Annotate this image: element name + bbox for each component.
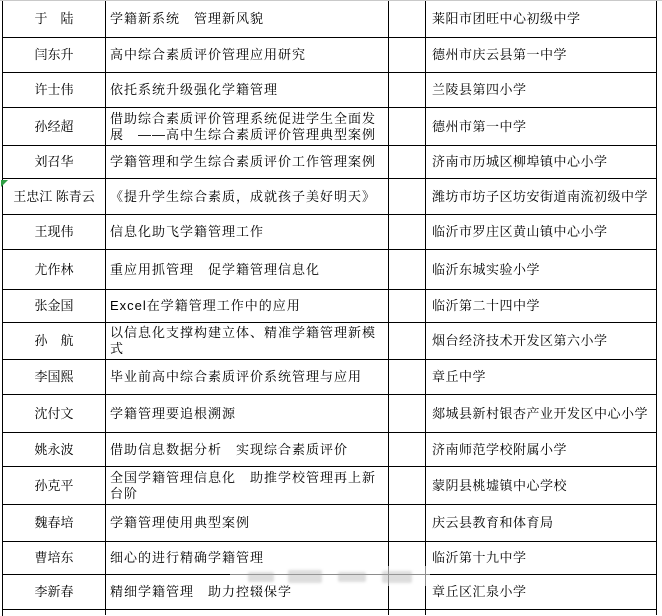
empty-cell[interactable] <box>389 179 426 215</box>
empty-cell[interactable] <box>389 433 426 467</box>
empty-cell[interactable] <box>389 395 426 433</box>
school-cell[interactable]: 章丘区汇泉小学 <box>426 575 657 610</box>
school-cell[interactable]: 德州市庆云县第一中学 <box>426 38 657 73</box>
school-cell[interactable]: 临沂市罗庄区黄山镇中心小学 <box>426 215 657 250</box>
title-cell[interactable]: 以信息化支撑构建立体、精准学籍管理新模式 <box>106 323 389 360</box>
watermark-smudge <box>248 572 274 582</box>
name-cell[interactable]: 姚永波 <box>3 433 106 467</box>
results-table: 于 陆 学籍新系统 管理新风貌 莱阳市团旺中心初级中学 闫东升 高中综合素质评价… <box>2 0 657 616</box>
school-cell[interactable]: 临沂第十九中学 <box>426 542 657 575</box>
empty-cell[interactable] <box>389 215 426 250</box>
school-cell[interactable]: 潍坊市坊子区坊安街道南流初级中学 <box>426 179 657 215</box>
title-cell[interactable]: 《提升学生综合素质，成就孩子美好明天》 <box>106 179 389 215</box>
title-cell[interactable]: 借助信息数据分析 实现综合素质评价 <box>106 433 389 467</box>
empty-cell[interactable] <box>389 73 426 108</box>
empty-cell[interactable] <box>389 360 426 395</box>
name-cell[interactable]: 孙经超 <box>3 108 106 146</box>
name-cell[interactable]: 张金国 <box>3 290 106 323</box>
school-cell[interactable]: 蒙阴县桃墟镇中心学校 <box>426 467 657 505</box>
name-cell[interactable]: 沈付文 <box>3 395 106 433</box>
school-cell[interactable]: 兰陵县第四小学 <box>426 73 657 108</box>
name-cell[interactable]: 孙 航 <box>3 323 106 360</box>
empty-cell[interactable] <box>389 146 426 179</box>
name-cell[interactable]: 许士伟 <box>3 73 106 108</box>
name-cell[interactable]: 闫东升 <box>3 38 106 73</box>
title-cell[interactable]: 学籍新系统 管理新风貌 <box>106 0 389 38</box>
title-cell[interactable]: 重应用抓管理 促学籍管理信息化 <box>106 250 389 290</box>
name-cell[interactable]: 魏春培 <box>3 505 106 542</box>
spreadsheet-page: 于 陆 学籍新系统 管理新风貌 莱阳市团旺中心初级中学 闫东升 高中综合素质评价… <box>0 0 662 616</box>
school-cell[interactable]: 庆云县教育和体育局 <box>426 505 657 542</box>
comment-indicator-icon <box>1 180 8 187</box>
title-cell[interactable]: 毕业前高中综合素质评价系统管理与应用 <box>106 360 389 395</box>
empty-cell[interactable] <box>389 108 426 146</box>
watermark-overlay <box>230 566 430 586</box>
empty-cell[interactable] <box>389 323 426 360</box>
empty-cell[interactable] <box>389 505 426 542</box>
empty-cell[interactable] <box>389 250 426 290</box>
title-cell[interactable] <box>106 610 389 615</box>
school-cell[interactable]: 临沂东城实验小学 <box>426 250 657 290</box>
school-cell[interactable]: 章丘中学 <box>426 360 657 395</box>
name-cell[interactable]: 李国熙 <box>3 360 106 395</box>
school-cell[interactable]: 济南师范学校附属小学 <box>426 433 657 467</box>
empty-cell[interactable] <box>389 610 426 615</box>
name-cell[interactable]: 孙克平 <box>3 467 106 505</box>
school-cell[interactable]: 济南市历城区柳埠镇中心小学 <box>426 146 657 179</box>
name-cell[interactable]: 王忠江 陈青云 <box>3 179 106 215</box>
school-cell[interactable]: 郯城县新村银杏产业开发区中心小学 <box>426 395 657 433</box>
title-cell[interactable]: 全国学籍管理信息化 助推学校管理再上新台阶 <box>106 467 389 505</box>
top-gridline <box>0 0 662 1</box>
school-cell[interactable] <box>426 610 657 615</box>
name-cell[interactable]: 尤作林 <box>3 250 106 290</box>
title-cell[interactable]: 学籍管理使用典型案例 <box>106 505 389 542</box>
empty-cell[interactable] <box>389 290 426 323</box>
title-cell[interactable]: 高中综合素质评价管理应用研究 <box>106 38 389 73</box>
name-cell[interactable]: 王现伟 <box>3 215 106 250</box>
title-cell[interactable]: 借助综合素质评价管理系统促进学生全面发展 ——高中生综合素质评价管理典型案例 <box>106 108 389 146</box>
name-cell[interactable]: 于 陆 <box>3 0 106 38</box>
school-cell[interactable]: 烟台经济技术开发区第六小学 <box>426 323 657 360</box>
school-cell[interactable]: 临沂第二十四中学 <box>426 290 657 323</box>
title-cell[interactable]: 信息化助飞学籍管理工作 <box>106 215 389 250</box>
name-cell[interactable]: 曹培东 <box>3 542 106 575</box>
watermark-smudge <box>382 571 412 583</box>
title-cell[interactable]: 依托系统升级强化学籍管理 <box>106 73 389 108</box>
school-cell[interactable]: 莱阳市团旺中心初级中学 <box>426 0 657 38</box>
empty-cell[interactable] <box>389 467 426 505</box>
watermark-smudge <box>288 570 322 583</box>
name-cell[interactable]: 李新春 <box>3 575 106 610</box>
title-cell[interactable]: 学籍管理和学生综合素质评价工作管理案例 <box>106 146 389 179</box>
name-cell[interactable] <box>3 610 106 615</box>
title-cell[interactable]: 学籍管理要追根溯源 <box>106 395 389 433</box>
empty-cell[interactable] <box>389 38 426 73</box>
empty-cell[interactable] <box>389 0 426 38</box>
name-cell[interactable]: 刘召华 <box>3 146 106 179</box>
watermark-smudge <box>338 572 366 582</box>
school-cell[interactable]: 德州市第一中学 <box>426 108 657 146</box>
title-cell[interactable]: Excel在学籍管理工作中的应用 <box>106 290 389 323</box>
